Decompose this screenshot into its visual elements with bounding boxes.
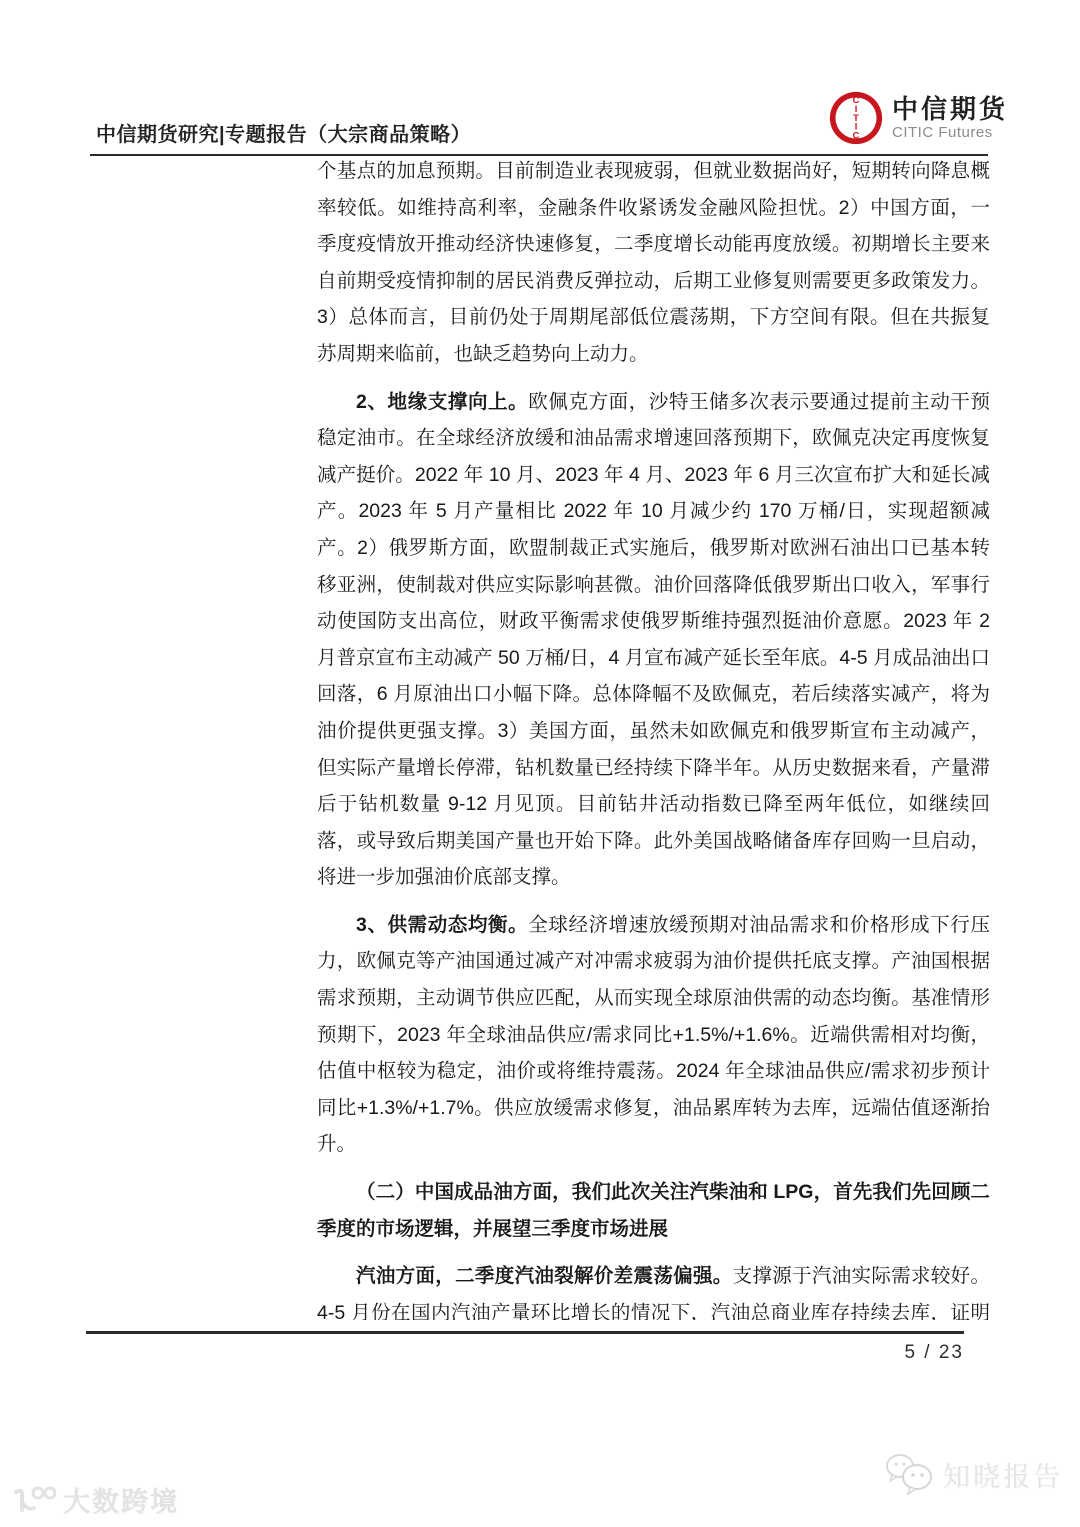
logo-en-name: CITIC Futures — [892, 124, 1008, 142]
footer-divider — [86, 1331, 964, 1334]
watermark-zhixiao-baogao: 知晓报告 — [884, 1452, 1063, 1496]
report-body: 个基点的加息预期。目前制造业表现疲弱，但就业数据尚好，短期转向降息概率较低。如维… — [317, 153, 990, 1323]
citic-emblem-icon: C I T I C — [828, 90, 884, 146]
watermark-label: 大数跨境 — [63, 1480, 179, 1519]
paragraph-lead: 3、供需动态均衡。 — [356, 914, 528, 936]
paragraph: 2、地缘支撑向上。欧佩克方面，沙特王储多次表示要通过提前主动干预稳定油市。在全球… — [317, 384, 990, 896]
paragraph: 个基点的加息预期。目前制造业表现疲弱，但就业数据尚好，短期转向降息概率较低。如维… — [317, 153, 990, 373]
report-footer: 5 / 23 大数跨境 知晓报告 — [0, 1320, 1080, 1527]
page-number: 5 / 23 — [904, 1342, 964, 1364]
paragraph-text: 全球经济增速放缓预期对油品需求和价格形成下行压力，欧佩克等产油国通过减产对冲需求… — [317, 914, 990, 1156]
report-page: 中信期货研究|专题报告（大宗商品策略） C I T I C 中信期货 CITIC… — [0, 0, 1080, 1527]
paragraph-text: 欧佩克方面，沙特王储多次表示要通过提前主动干预稳定油市。在全球经济放缓和油品需求… — [317, 391, 990, 889]
paragraph: （二）中国成品油方面，我们此次关注汽柴油和 LPG，首先我们先回顾二季度的市场逻… — [317, 1174, 990, 1247]
paragraph-lead: 汽油方面，二季度汽油裂解价差震荡偏强。 — [356, 1265, 733, 1287]
paragraph-lead: 2、地缘支撑向上。 — [356, 391, 528, 413]
paragraph-text: 个基点的加息预期。目前制造业表现疲弱，但就业数据尚好，短期转向降息概率较低。如维… — [317, 160, 990, 365]
paragraph-lead: （二）中国成品油方面，我们此次关注汽柴油和 LPG，首先我们先回顾二季度的市场逻… — [317, 1181, 990, 1240]
logo-cn-name: 中信期货 — [892, 94, 1008, 124]
watermark-dashu-kuajing: 大数跨境 — [10, 1480, 179, 1519]
wechat-bubbles-icon — [884, 1452, 936, 1496]
dashu-kuajing-icon — [10, 1484, 56, 1516]
report-header-title: 中信期货研究|专题报告（大宗商品策略） — [96, 118, 471, 147]
svg-text:C: C — [853, 131, 860, 141]
paragraph: 汽油方面，二季度汽油裂解价差震荡偏强。支撑源于汽油实际需求较好。4-5 月份在国… — [317, 1258, 990, 1323]
logo-text: 中信期货 CITIC Futures — [892, 94, 1008, 142]
citic-futures-logo: C I T I C 中信期货 CITIC Futures — [828, 90, 1008, 146]
paragraph: 3、供需动态均衡。全球经济增速放缓预期对油品需求和价格形成下行压力，欧佩克等产油… — [317, 907, 990, 1163]
watermark-label: 知晓报告 — [943, 1455, 1063, 1494]
